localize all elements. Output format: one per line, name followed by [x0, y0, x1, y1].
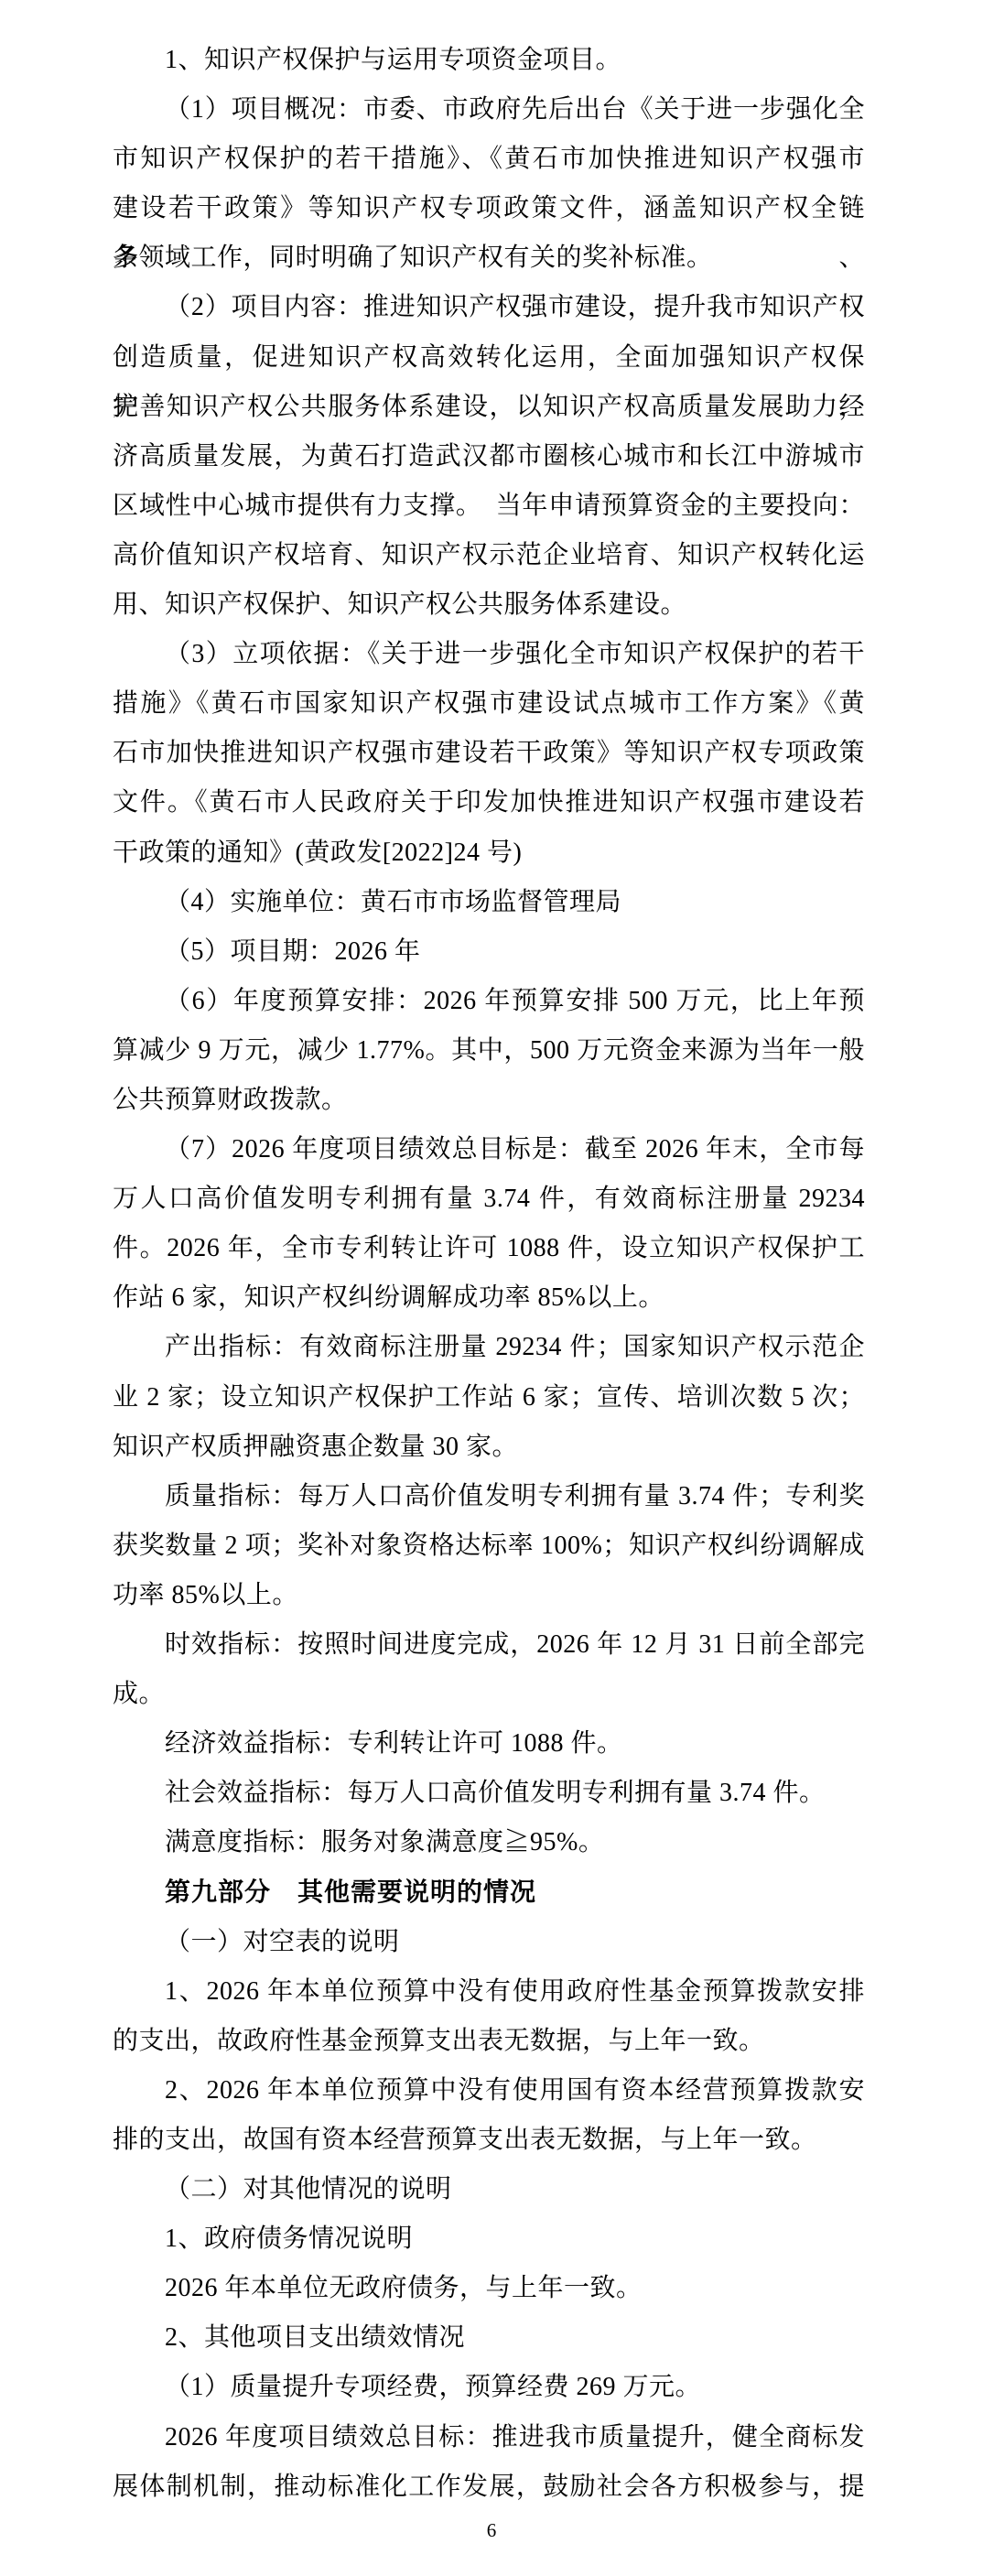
text-line: （2）项目内容：推进知识产权强市建设，提升我市知识产权: [113, 283, 865, 332]
text-line: （5）项目期：2026 年: [113, 927, 865, 977]
text-line: 排的支出，故国有资本经营预算支出表无数据，与上年一致。: [113, 2116, 865, 2165]
text-line: 公共预算财政拨款。: [113, 1076, 865, 1125]
text-line: 用、知识产权保护、知识产权公共服务体系建设。: [113, 580, 865, 630]
text-line: 2、2026 年本单位预算中没有使用国有资本经营预算拨款安: [113, 2066, 865, 2116]
text-line: 成。: [113, 1670, 865, 1719]
text-line: 经济效益指标：专利转让许可 1088 件。: [113, 1719, 865, 1769]
text-line: （1）质量提升专项经费，预算经费 269 万元。: [113, 2363, 865, 2412]
text-line: （6）年度预算安排：2026 年预算安排 500 万元，比上年预: [113, 977, 865, 1026]
section-heading: 第九部分 其他需要说明的情况: [113, 1867, 865, 1917]
text-line: 创造质量，促进知识产权高效转化运用，全面加强知识产权保护，: [113, 333, 865, 383]
text-line: 1、知识产权保护与运用专项资金项目。: [113, 36, 865, 85]
text-line: 展体制机制，推动标准化工作发展，鼓励社会各方积极参与，提: [113, 2462, 865, 2512]
text-line: （4）实施单位：黄石市市场监督管理局: [113, 878, 865, 927]
text-line: （一）对空表的说明: [113, 1918, 865, 1967]
text-line: 算减少 9 万元，减少 1.77%。其中，500 万元资金来源为当年一般: [113, 1026, 865, 1076]
text-line: 社会效益指标：每万人口高价值发明专利拥有量 3.74 件。: [113, 1769, 865, 1818]
text-line: 济高质量发展，为黄石打造武汉都市圈核心城市和长江中游城市: [113, 432, 865, 482]
document-body: 1、知识产权保护与运用专项资金项目。（1）项目概况：市委、市政府先后出台《关于进…: [113, 36, 865, 2512]
text-line: 石市加快推进知识产权强市建设若干政策》等知识产权专项政策: [113, 729, 865, 778]
document-page: 1、知识产权保护与运用专项资金项目。（1）项目概况：市委、市政府先后出台《关于进…: [0, 0, 983, 2576]
text-line: 产出指标：有效商标注册量 29234 件；国家知识产权示范企: [113, 1323, 865, 1372]
text-line: 1、2026 年本单位预算中没有使用政府性基金预算拨款安排: [113, 1967, 865, 2017]
text-line: 区域性中心城市提供有力支撑。 当年申请预算资金的主要投向：: [113, 482, 865, 531]
text-line: 高价值知识产权培育、知识产权示范企业培育、知识产权转化运: [113, 531, 865, 580]
text-line: 干政策的通知》(黄政发[2022]24 号): [113, 828, 865, 878]
text-line: 获奖数量 2 项；奖补对象资格达标率 100%；知识产权纠纷调解成: [113, 1521, 865, 1571]
text-line: 完善知识产权公共服务体系建设，以知识产权高质量发展助力经: [113, 383, 865, 432]
text-line: 文件。《黄石市人民政府关于印发加快推进知识产权强市建设若: [113, 778, 865, 828]
text-line: （二）对其他情况的说明: [113, 2165, 865, 2214]
text-line: （1）项目概况：市委、市政府先后出台《关于进一步强化全: [113, 85, 865, 135]
text-line: 市知识产权保护的若干措施》、《黄石市加快推进知识产权强市: [113, 135, 865, 184]
text-line: 时效指标：按照时间进度完成，2026 年 12 月 31 日前全部完: [113, 1620, 865, 1670]
text-line: 业 2 家；设立知识产权保护工作站 6 家；宣传、培训次数 5 次；: [113, 1373, 865, 1423]
text-line: 功率 85%以上。: [113, 1571, 865, 1620]
text-line: 质量指标：每万人口高价值发明专利拥有量 3.74 件；专利奖: [113, 1472, 865, 1521]
text-line: 万人口高价值发明专利拥有量 3.74 件，有效商标注册量 29234: [113, 1174, 865, 1224]
text-line: 建设若干政策》等知识产权专项政策文件，涵盖知识产权全链条、: [113, 184, 865, 233]
text-line: 2026 年本单位无政府债务，与上年一致。: [113, 2264, 865, 2313]
text-line: 措施》《黄石市国家知识产权强市建设试点城市工作方案》《黄: [113, 679, 865, 729]
text-line: （7）2026 年度项目绩效总目标是：截至 2026 年末，全市每: [113, 1125, 865, 1174]
text-line: 满意度指标：服务对象满意度≧95%。: [113, 1818, 865, 1867]
text-line: 件。2026 年，全市专利转让许可 1088 件，设立知识产权保护工: [113, 1224, 865, 1273]
text-line: 作站 6 家，知识产权纠纷调解成功率 85%以上。: [113, 1273, 865, 1323]
text-line: 知识产权质押融资惠企数量 30 家。: [113, 1423, 865, 1472]
text-line: 1、政府债务情况说明: [113, 2214, 865, 2264]
text-line: （3）立项依据：《关于进一步强化全市知识产权保护的若干: [113, 630, 865, 679]
text-line: 2、其他项目支出绩效情况: [113, 2313, 865, 2363]
text-line: 2026 年度项目绩效总目标：推进我市质量提升，健全商标发: [113, 2413, 865, 2462]
text-line: 的支出，故政府性基金预算支出表无数据，与上年一致。: [113, 2017, 865, 2066]
page-number: 6: [0, 2519, 983, 2541]
